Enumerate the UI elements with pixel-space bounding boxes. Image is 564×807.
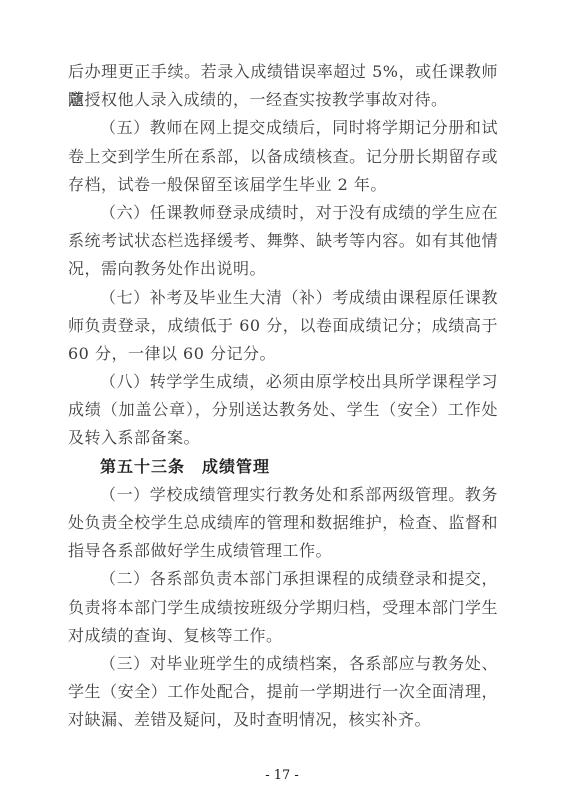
text-line: 意授权他人录入成绩的，一经查实按教学事故对待。 (68, 86, 498, 114)
text-line: （七）补考及毕业生大清（补）考成绩由课程原任课教 (68, 284, 498, 312)
text-line: 成绩（加盖公章），分别送达教务处、学生（安全）工作处 (68, 396, 498, 424)
text-line: （五）教师在网上提交成绩后，同时将学期记分册和试 (68, 114, 498, 142)
text-line: （一）学校成绩管理实行教务处和系部两级管理。教务 (68, 481, 498, 509)
page-number: - 17 - (0, 768, 564, 784)
text-line: 指导各系部做好学生成绩管理工作。 (68, 537, 498, 565)
text-line: （二）各系部负责本部门承担课程的成绩登录和提交， (68, 565, 498, 593)
text-line: 系统考试状态栏选择缓考、舞弊、缺考等内容。如有其他情 (68, 227, 498, 255)
text-line: 及转入系部备案。 (68, 424, 498, 452)
document-body: 后办理更正手续。若录入成绩错误率超过 5%，或任课教师随意授权他人录入成绩的，一… (68, 58, 498, 735)
text-line: 对成绩的查询、复核等工作。 (68, 622, 498, 650)
text-line: 60 分，一律以 60 分记分。 (68, 340, 498, 368)
text-line: 卷上交到学生所在系部，以备成绩核查。记分册长期留存或 (68, 143, 498, 171)
text-line: （三）对毕业班学生的成绩档案，各系部应与教务处、 (68, 650, 498, 678)
text-line: 处负责全校学生总成绩库的管理和数据维护，检查、监督和 (68, 509, 498, 537)
text-line: （六）任课教师登录成绩时，对于没有成绩的学生应在 (68, 199, 498, 227)
text-line: 学生（安全）工作处配合，提前一学期进行一次全面清理， (68, 678, 498, 706)
section-heading: 第五十三条 成绩管理 (68, 453, 498, 481)
text-line: （八）转学学生成绩，必须由原学校出具所学课程学习 (68, 368, 498, 396)
text-line: 后办理更正手续。若录入成绩错误率超过 5%，或任课教师随 (68, 58, 498, 86)
text-line: 况，需向教务处作出说明。 (68, 255, 498, 283)
document-page: 后办理更正手续。若录入成绩错误率超过 5%，或任课教师随意授权他人录入成绩的，一… (0, 0, 564, 807)
text-line: 对缺漏、差错及疑问，及时查明情况，核实补齐。 (68, 706, 498, 734)
text-line: 存档，试卷一般保留至该届学生毕业 2 年。 (68, 171, 498, 199)
text-line: 负责将本部门学生成绩按班级分学期归档，受理本部门学生 (68, 594, 498, 622)
text-line: 师负责登录，成绩低于 60 分，以卷面成绩记分；成绩高于 (68, 312, 498, 340)
